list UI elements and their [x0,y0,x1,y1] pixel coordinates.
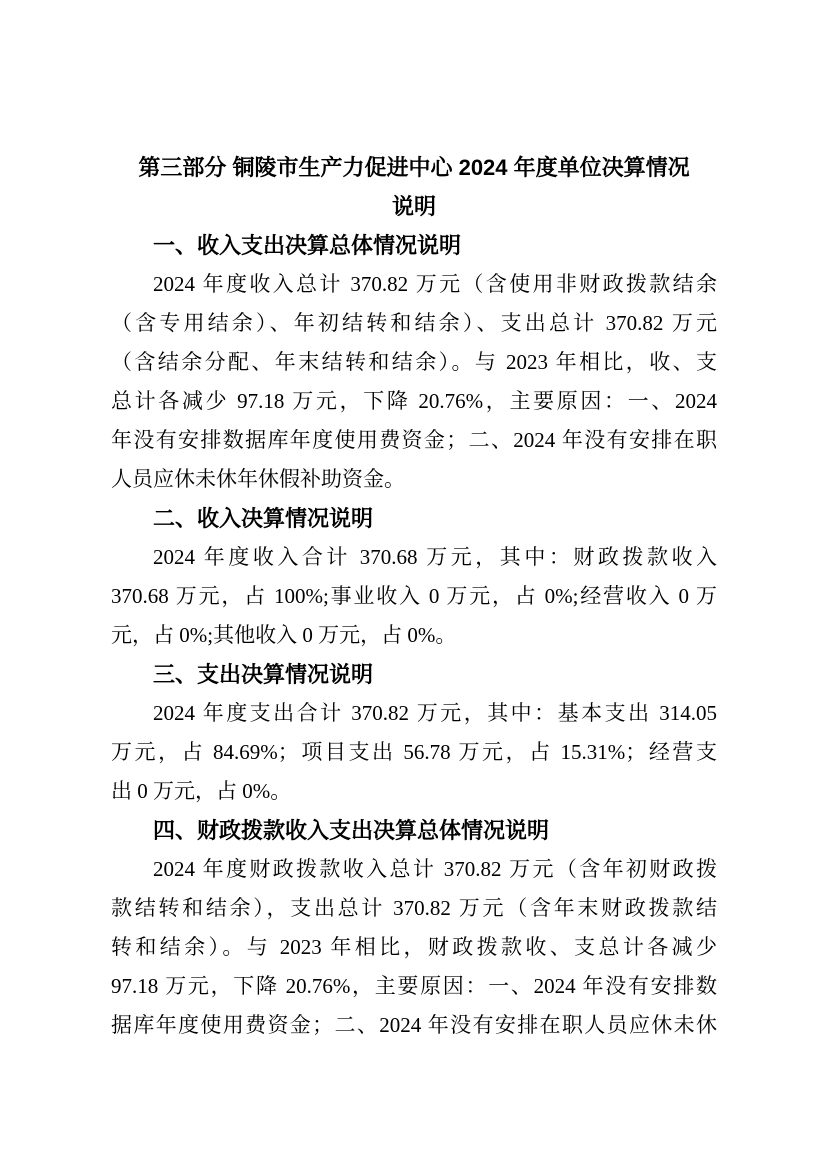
paragraph-line: 370.68 万元，占 100%;事业收入 0 万元，占 0%;经营收入 0 万 [111,577,717,616]
section-heading: 二、收入决算情况说明 [111,499,717,538]
paragraph-line: 总计各减少 97.18 万元，下降 20.76%，主要原因：一、2024 [111,382,717,421]
document-page: 第三部分 铜陵市生产力促进中心 2024 年度单位决算情况 说明 一、收入支出决… [0,0,826,1169]
paragraph-line: 97.18 万元，下降 20.76%，主要原因：一、2024 年没有安排数 [111,967,717,1006]
paragraph-line: 年没有安排数据库年度使用费资金；二、2024 年没有安排在职 [111,421,717,460]
paragraph-line: （含结余分配、年末结转和结余）。与 2023 年相比，收、支 [111,343,717,382]
section-income-expense-overview: 一、收入支出决算总体情况说明 2024 年度收入总计 370.82 万元（含使用… [111,226,717,499]
section-heading: 三、支出决算情况说明 [111,655,717,694]
section-income-statement: 二、收入决算情况说明 2024 年度收入合计 370.68 万元，其中：财政拨款… [111,499,717,655]
paragraph-line: 款结转和结余），支出总计 370.82 万元（含年末财政拨款结 [111,889,717,928]
page-title: 第三部分 铜陵市生产力促进中心 2024 年度单位决算情况 说明 [111,148,717,226]
page-title-line-1: 第三部分 铜陵市生产力促进中心 2024 年度单位决算情况 [111,148,717,187]
paragraph-line: 转和结余）。与 2023 年相比，财政拨款收、支总计各减少 [111,928,717,967]
paragraph-line: 2024 年度支出合计 370.82 万元，其中：基本支出 314.05 [111,694,717,733]
paragraph-line: 元，占 0%;其他收入 0 万元，占 0%。 [111,616,717,655]
section-expense-statement: 三、支出决算情况说明 2024 年度支出合计 370.82 万元，其中：基本支出… [111,655,717,811]
section-heading: 一、收入支出决算总体情况说明 [111,226,717,265]
section-heading: 四、财政拨款收入支出决算总体情况说明 [111,811,717,850]
paragraph-line: 万元，占 84.69%；项目支出 56.78 万元，占 15.31%；经营支 [111,733,717,772]
section-fiscal-appropriation-overview: 四、财政拨款收入支出决算总体情况说明 2024 年度财政拨款收入总计 370.8… [111,811,717,1045]
document-content: 第三部分 铜陵市生产力促进中心 2024 年度单位决算情况 说明 一、收入支出决… [111,148,717,1045]
paragraph-line: 据库年度使用费资金；二、2024 年没有安排在职人员应休未休 [111,1006,717,1045]
paragraph-line: 出 0 万元，占 0%。 [111,772,717,811]
paragraph-line: （含专用结余）、年初结转和结余）、支出总计 370.82 万元 [111,304,717,343]
page-title-line-2: 说明 [111,187,717,226]
paragraph-line: 2024 年度收入总计 370.82 万元（含使用非财政拨款结余 [111,265,717,304]
paragraph-line: 2024 年度收入合计 370.68 万元，其中：财政拨款收入 [111,538,717,577]
paragraph-line: 2024 年度财政拨款收入总计 370.82 万元（含年初财政拨 [111,850,717,889]
paragraph-line: 人员应休未休年休假补助资金。 [111,460,717,499]
